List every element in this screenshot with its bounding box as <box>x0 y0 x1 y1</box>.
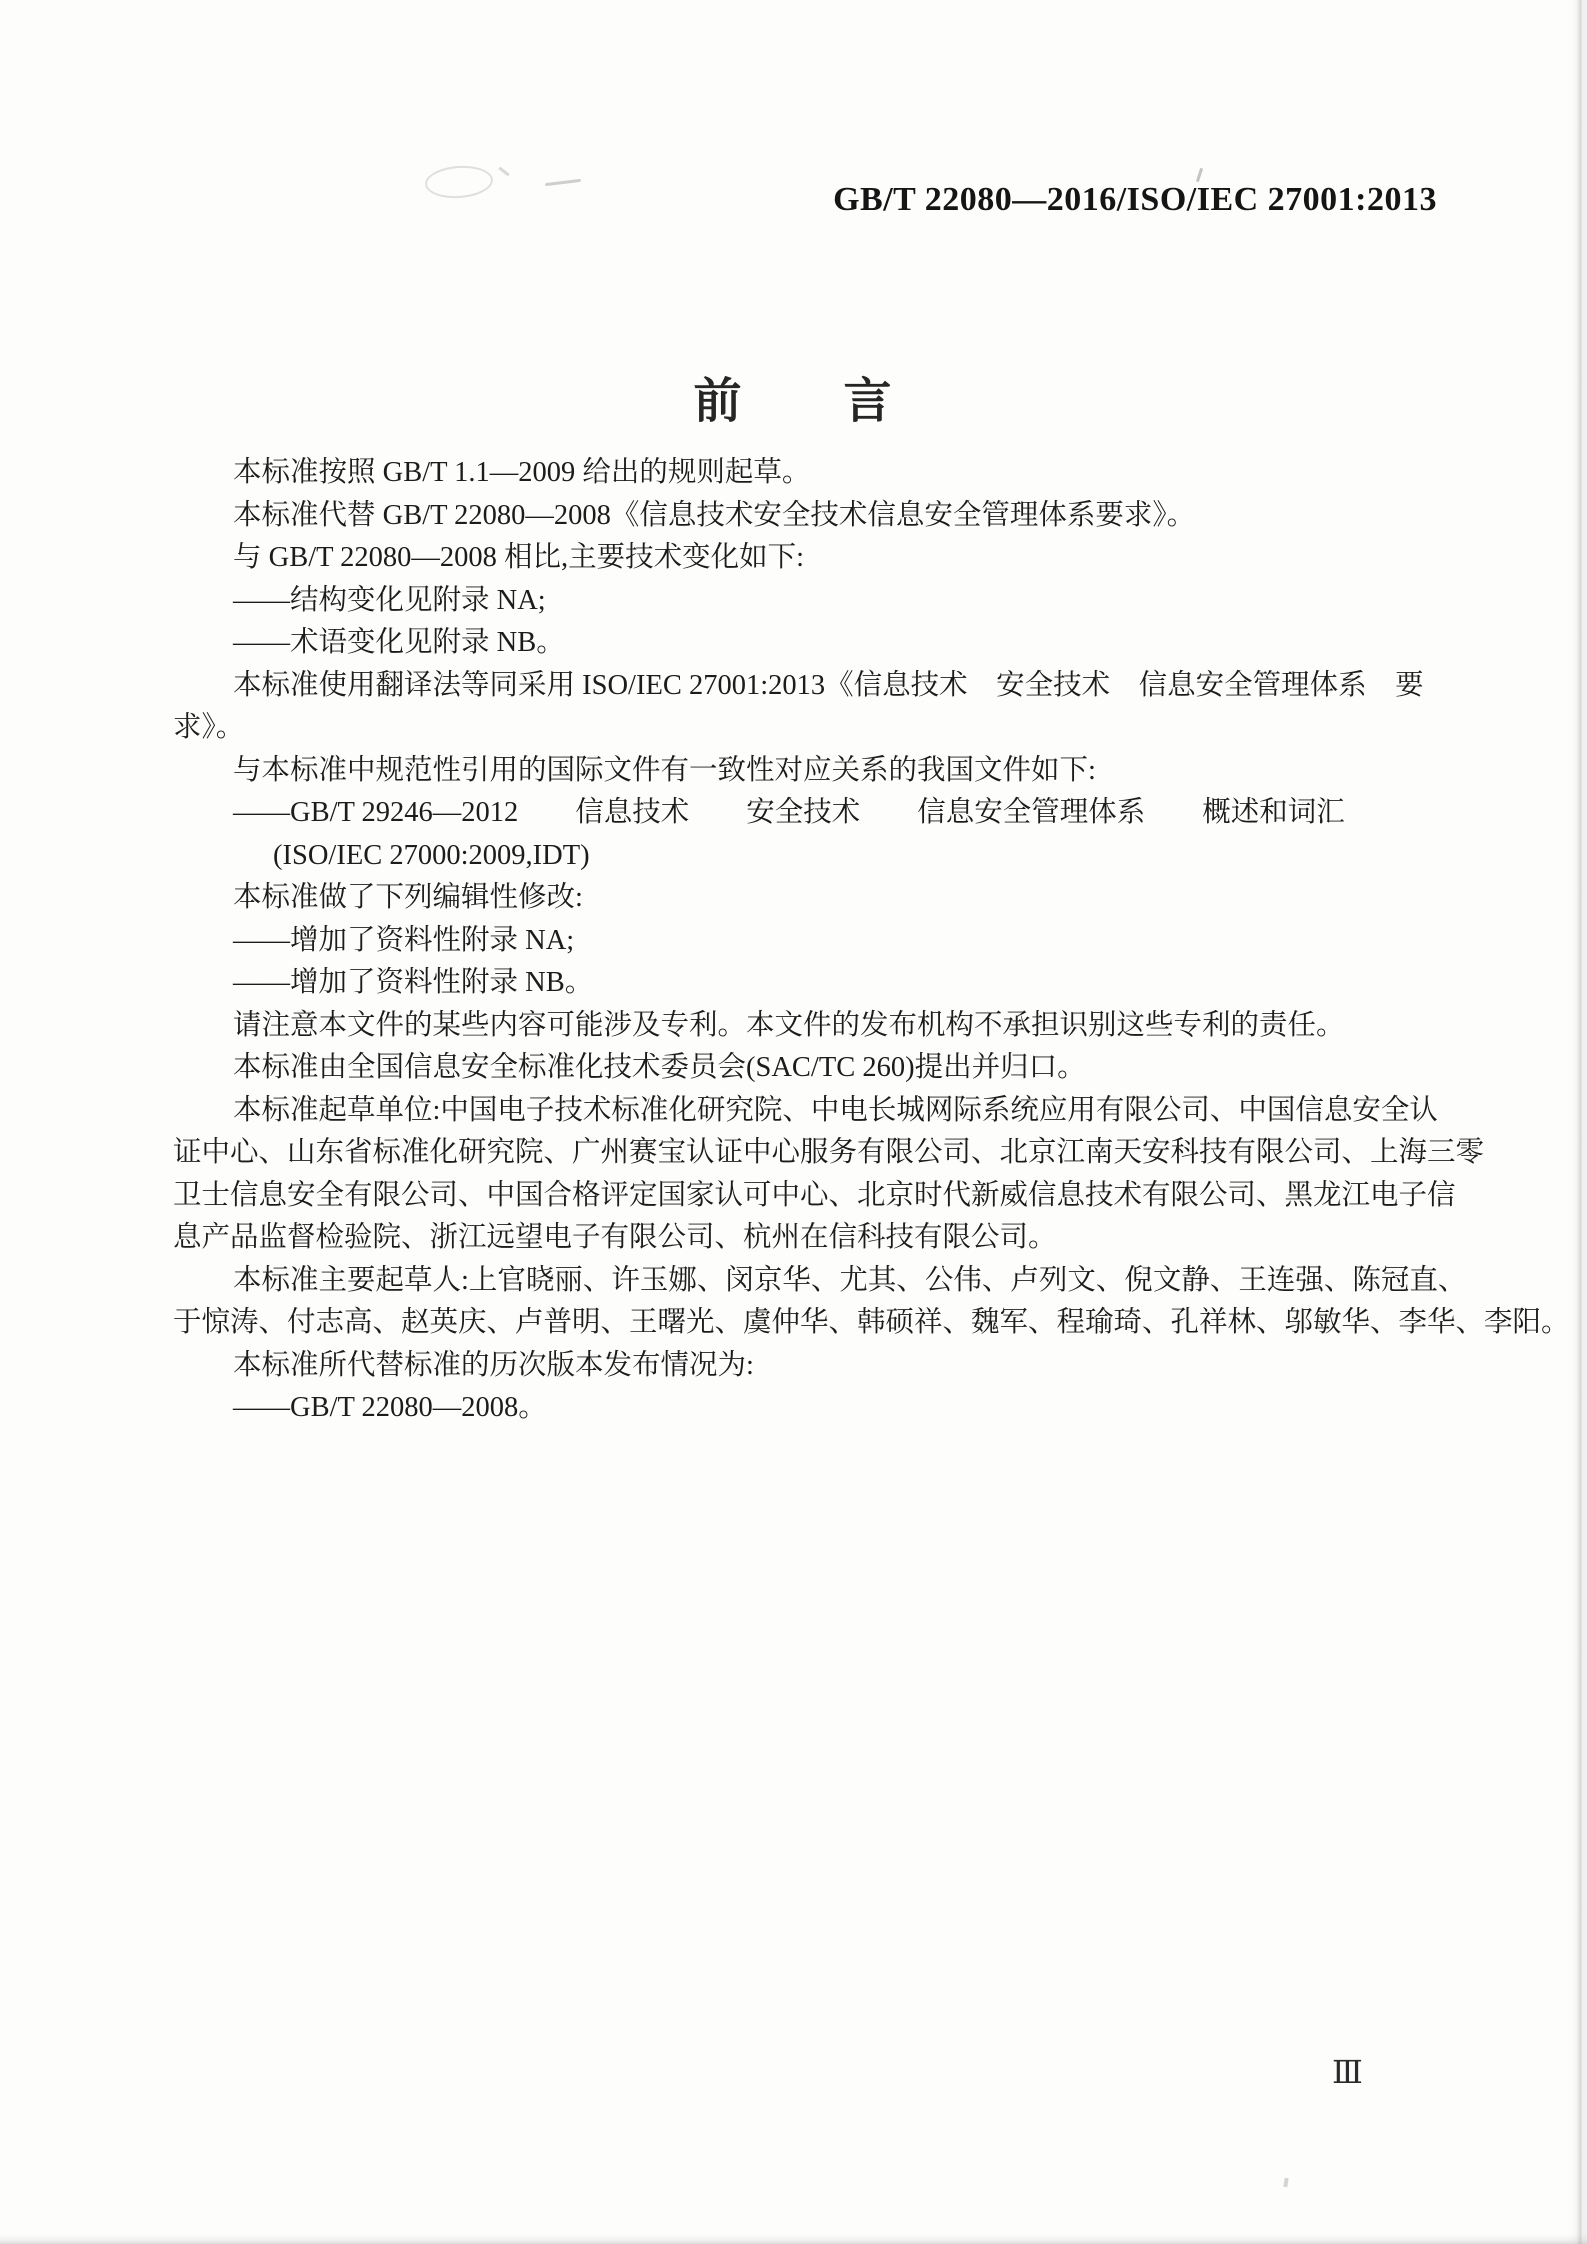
body-line: 与 GB/T 22080—2008 相比,主要技术变化如下: <box>173 537 1453 580</box>
body-line: 本标准按照 GB/T 1.1—2009 给出的规则起草。 <box>173 452 1453 495</box>
body-line: 本标准起草单位:中国电子技术标准化研究院、中电长城网际系统应用有限公司、中国信息… <box>173 1090 1453 1133</box>
scan-smudge <box>424 164 494 201</box>
body-line: ——GB/T 29246—2012 信息技术 安全技术 信息安全管理体系 概述和… <box>173 792 1453 835</box>
scan-smudge <box>545 179 581 186</box>
body-line: ——术语变化见附录 NB。 <box>173 622 1453 665</box>
scan-edge-bottom <box>0 2234 1587 2244</box>
body-line: 证中心、山东省标准化研究院、广州赛宝认证中心服务有限公司、北京江南天安科技有限公… <box>173 1132 1453 1175</box>
scan-edge-right <box>1571 0 1587 2244</box>
scan-smudge <box>498 167 509 177</box>
body-line: 求》。 <box>173 707 1453 750</box>
scan-speck <box>1196 168 1203 182</box>
body-line: ——结构变化见附录 NA; <box>173 580 1453 623</box>
body-line: 请注意本文件的某些内容可能涉及专利。本文件的发布机构不承担识别这些专利的责任。 <box>173 1005 1453 1048</box>
body-line: ——增加了资料性附录 NA; <box>173 920 1453 963</box>
body-line: 本标准由全国信息安全标准化技术委员会(SAC/TC 260)提出并归口。 <box>173 1047 1453 1090</box>
body-line: 息产品监督检验院、浙江远望电子有限公司、杭州在信科技有限公司。 <box>173 1217 1453 1260</box>
body-line: (ISO/IEC 27000:2009,IDT) <box>173 835 1453 878</box>
scan-speck <box>1283 2178 1289 2188</box>
document-page: GB/T 22080—2016/ISO/IEC 27001:2013 前 言 本… <box>0 0 1587 2244</box>
body-line: 本标准做了下列编辑性修改: <box>173 877 1453 920</box>
body-line: 本标准使用翻译法等同采用 ISO/IEC 27001:2013《信息技术 安全技… <box>173 665 1453 708</box>
page-title: 前 言 <box>0 362 1587 431</box>
body-line: 于惊涛、付志高、赵英庆、卢普明、王曙光、虞仲华、韩硕祥、魏军、程瑜琦、孔祥林、邬… <box>173 1302 1453 1345</box>
body-line: 本标准主要起草人:上官晓丽、许玉娜、闵京华、尤其、公伟、卢列文、倪文静、王连强、… <box>173 1260 1453 1303</box>
page-number: Ⅲ <box>1332 2053 1363 2091</box>
body-line: 本标准代替 GB/T 22080—2008《信息技术安全技术信息安全管理体系要求… <box>173 495 1453 538</box>
body-line: 卫士信息安全有限公司、中国合格评定国家认可中心、北京时代新威信息技术有限公司、黑… <box>173 1175 1453 1218</box>
body-line: ——增加了资料性附录 NB。 <box>173 962 1453 1005</box>
foreword-body: 本标准按照 GB/T 1.1—2009 给出的规则起草。本标准代替 GB/T 2… <box>173 452 1453 1430</box>
body-line: ——GB/T 22080—2008。 <box>173 1387 1453 1430</box>
body-line: 本标准所代替标准的历次版本发布情况为: <box>173 1345 1453 1388</box>
standard-code-header: GB/T 22080—2016/ISO/IEC 27001:2013 <box>833 181 1437 219</box>
body-line: 与本标准中规范性引用的国际文件有一致性对应关系的我国文件如下: <box>173 750 1453 793</box>
